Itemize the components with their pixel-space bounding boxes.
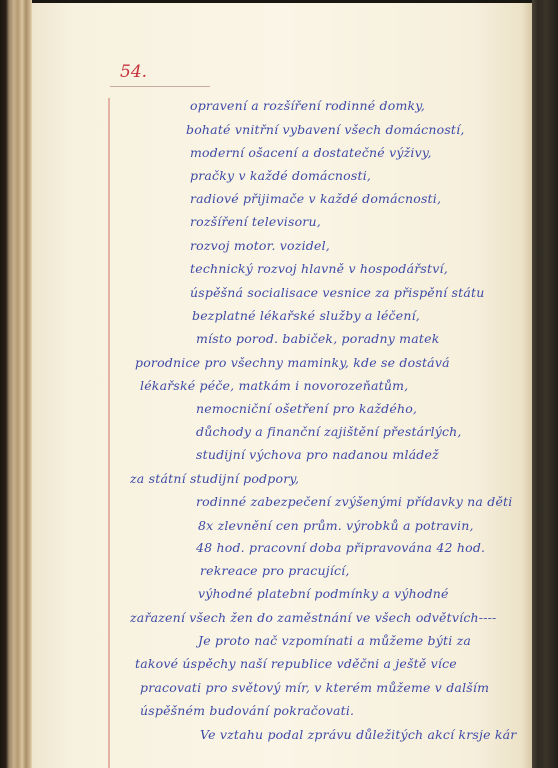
text-line: důchody a finanční zajištění přestárlých… — [196, 424, 462, 439]
text-line: úspěšná socialisace vesnice za přispění … — [190, 285, 484, 300]
text-line: opravení a rozšíření rodinné domky, — [190, 98, 425, 113]
text-line: rodinné zabezpečení zvýšenými přídavky n… — [196, 494, 512, 509]
text-line: zařazení všech žen do zaměstnání ve všec… — [130, 610, 496, 625]
text-line: radiové přijimače v každé domácnosti, — [190, 191, 441, 206]
margin-line — [108, 98, 110, 768]
text-line: místo porod. babiček, poradny matek — [196, 331, 439, 346]
text-line: výhodné platební podmínky a výhodné — [198, 586, 449, 601]
text-line: takové úspěchy naší republice vděčni a j… — [135, 656, 457, 671]
text-line: lékařské péče, matkám i novorozeňatům, — [140, 378, 408, 393]
text-line: za státní studijní podpory, — [130, 471, 299, 486]
text-line: bezplatné lékařské služby a léčení, — [192, 308, 420, 323]
text-line: moderní ošacení a dostatečné výživy, — [190, 145, 432, 160]
text-line: technický rozvoj hlavně v hospodářství, — [190, 261, 448, 276]
text-line: pračky v každé domácnosti, — [190, 168, 371, 183]
text-line: nemocniční ošetření pro každého, — [196, 401, 417, 416]
text-line: Je proto nač vzpomínati a můžeme býti za — [198, 633, 471, 648]
text-line: 48 hod. pracovní doba připravována 42 ho… — [196, 540, 485, 555]
text-line: rozvoj motor. vozidel, — [190, 238, 330, 253]
text-line: porodnice pro všechny maminky, kde se do… — [135, 355, 450, 370]
text-line: bohaté vnitřní vybavení všech domácností… — [186, 122, 465, 137]
text-line: Ve vztahu podal zprávu důležitých akcí k… — [200, 727, 516, 742]
book-binding — [0, 0, 32, 768]
text-line: 8x zlevnění cen prům. výrobků a potravin… — [198, 518, 474, 533]
text-line: studijní výchova pro nadanou mládež — [196, 447, 439, 462]
text-line: úspěšném budování pokračovati. — [140, 703, 354, 718]
text-line: rekreace pro pracující, — [200, 563, 350, 578]
header-rule — [110, 86, 210, 87]
page-number: 54. — [120, 62, 147, 82]
text-line: rozšíření televisoru, — [190, 214, 321, 229]
text-line: pracovati pro světový mír, v kterém může… — [140, 680, 489, 695]
page-stack-edge — [532, 0, 558, 768]
